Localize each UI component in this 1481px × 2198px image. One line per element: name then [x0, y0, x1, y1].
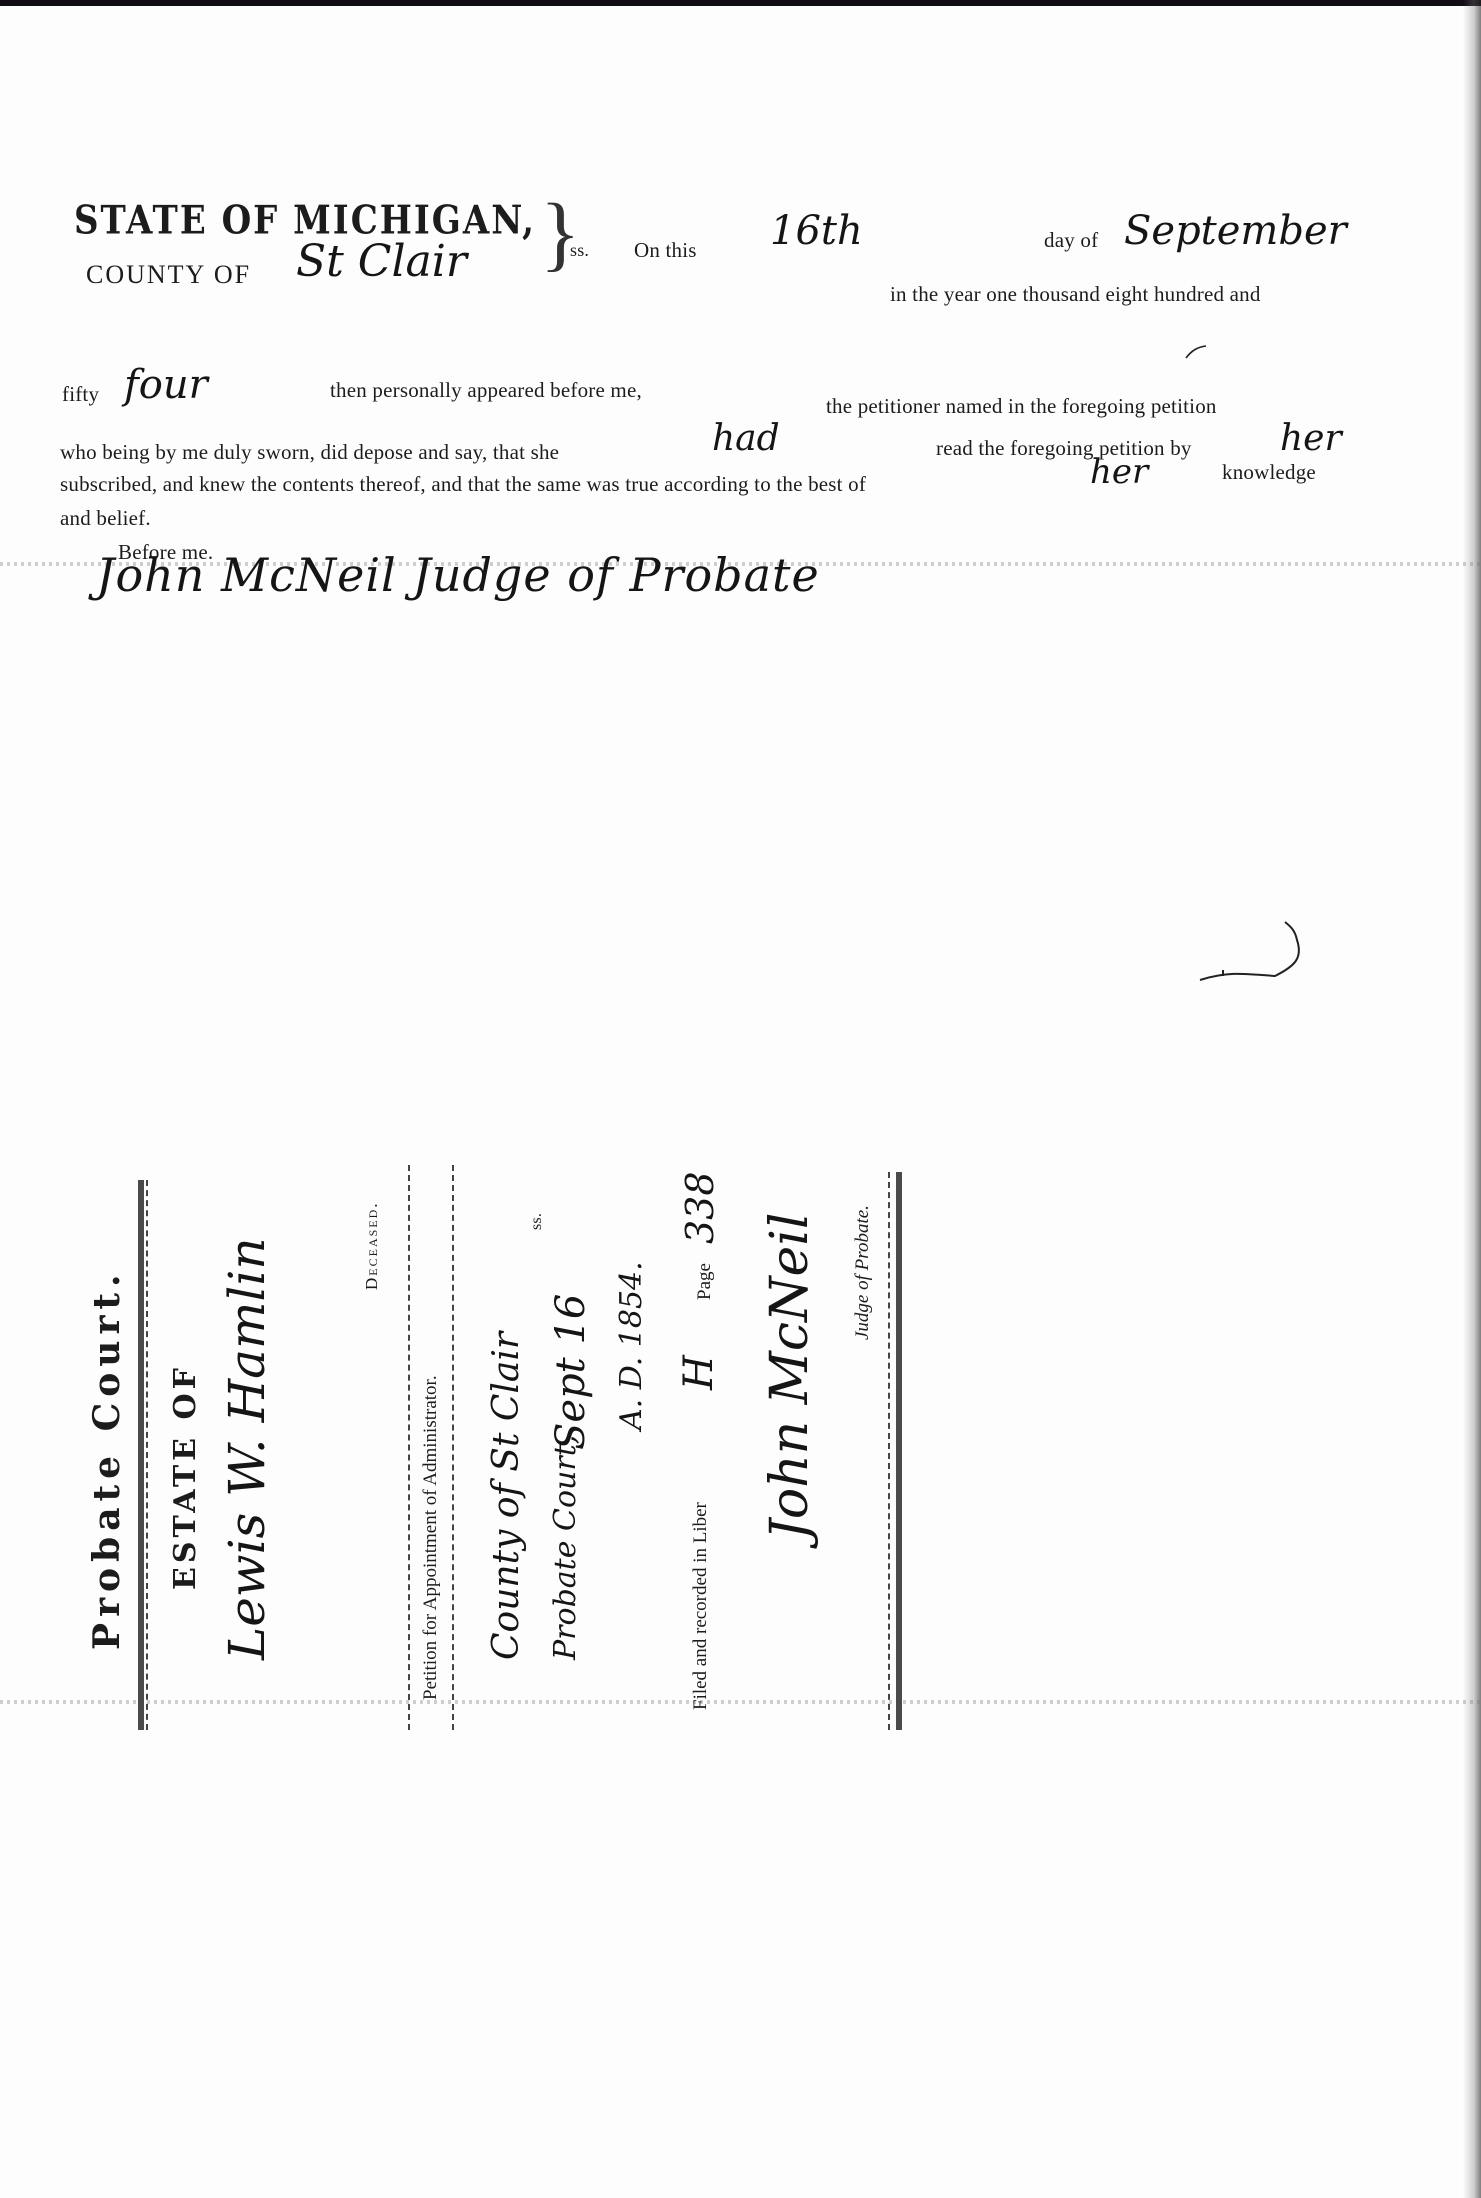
estate-name: Lewis W. Hamlin	[218, 1237, 276, 1660]
filed-label: Filed and recorded in Liber	[690, 1502, 712, 1710]
docket-rule-right	[896, 1172, 902, 1730]
docket-probate-court: Probate Court,	[548, 1435, 583, 1660]
county-value: St Clair	[296, 236, 467, 287]
year-value: four	[124, 362, 208, 408]
county-label: COUNTY OF	[86, 260, 251, 290]
on-this-label: On this	[634, 238, 697, 263]
docket-rule-mid-a	[408, 1165, 411, 1730]
docket-ss: ss.	[528, 1213, 546, 1230]
read-line: read the foregoing petition by	[936, 436, 1192, 461]
appeared-line: then personally appeared before me,	[330, 378, 642, 403]
year-line: in the year one thousand eight hundred a…	[890, 282, 1261, 307]
scan-fold-line	[0, 1700, 1481, 1704]
fifty-label: fifty	[62, 382, 99, 407]
day-value: 16th	[770, 208, 863, 254]
brace-glyph: }	[540, 192, 580, 276]
ss-label: ss.	[570, 240, 589, 261]
docket-rule-mid-b	[452, 1165, 455, 1730]
docket-judge-signature: John McNeil	[760, 1212, 820, 1540]
docket-rule-right-dashed	[888, 1172, 891, 1730]
by-value: her	[1280, 418, 1342, 459]
probate-court-title: Probate Court.	[86, 1268, 128, 1650]
petition-title: Petition for Appointment of Administrato…	[420, 1375, 442, 1700]
sworn-line: who being by me duly sworn, did depose a…	[60, 440, 559, 465]
docket-year: A. D. 1854.	[614, 1261, 649, 1430]
pen-tick-icon	[1184, 344, 1210, 360]
docket-county: County of St Clair	[486, 1332, 527, 1660]
judge-signature: John McNeil Judge of Probate	[96, 548, 820, 602]
page-label: Page	[694, 1263, 716, 1300]
best-value: her	[1090, 452, 1148, 492]
liber-value: H	[676, 1355, 722, 1390]
judge-title: Judge of Probate.	[852, 1205, 874, 1340]
docket-date: Sept 16	[548, 1294, 594, 1450]
petitioner-line: the petitioner named in the foregoing pe…	[826, 394, 1217, 419]
subscribed-line: subscribed, and knew the contents thereo…	[60, 472, 866, 497]
docket-rule-left-dashed	[146, 1180, 149, 1730]
page-value: 338	[678, 1171, 722, 1244]
knowledge-label: knowledge	[1222, 460, 1316, 485]
scan-right-edge	[1463, 0, 1481, 2198]
belief-line: and belief.	[60, 506, 151, 531]
had-value: had	[712, 418, 780, 459]
day-of-label: day of	[1044, 228, 1098, 253]
pen-mark-icon	[1195, 918, 1315, 988]
deceased-label: Deceased.	[362, 1201, 382, 1290]
month-value: September	[1124, 208, 1347, 254]
docket-rule-left	[138, 1180, 144, 1730]
estate-of-label: ESTATE OF	[168, 1364, 203, 1590]
scan-top-border	[0, 0, 1481, 6]
